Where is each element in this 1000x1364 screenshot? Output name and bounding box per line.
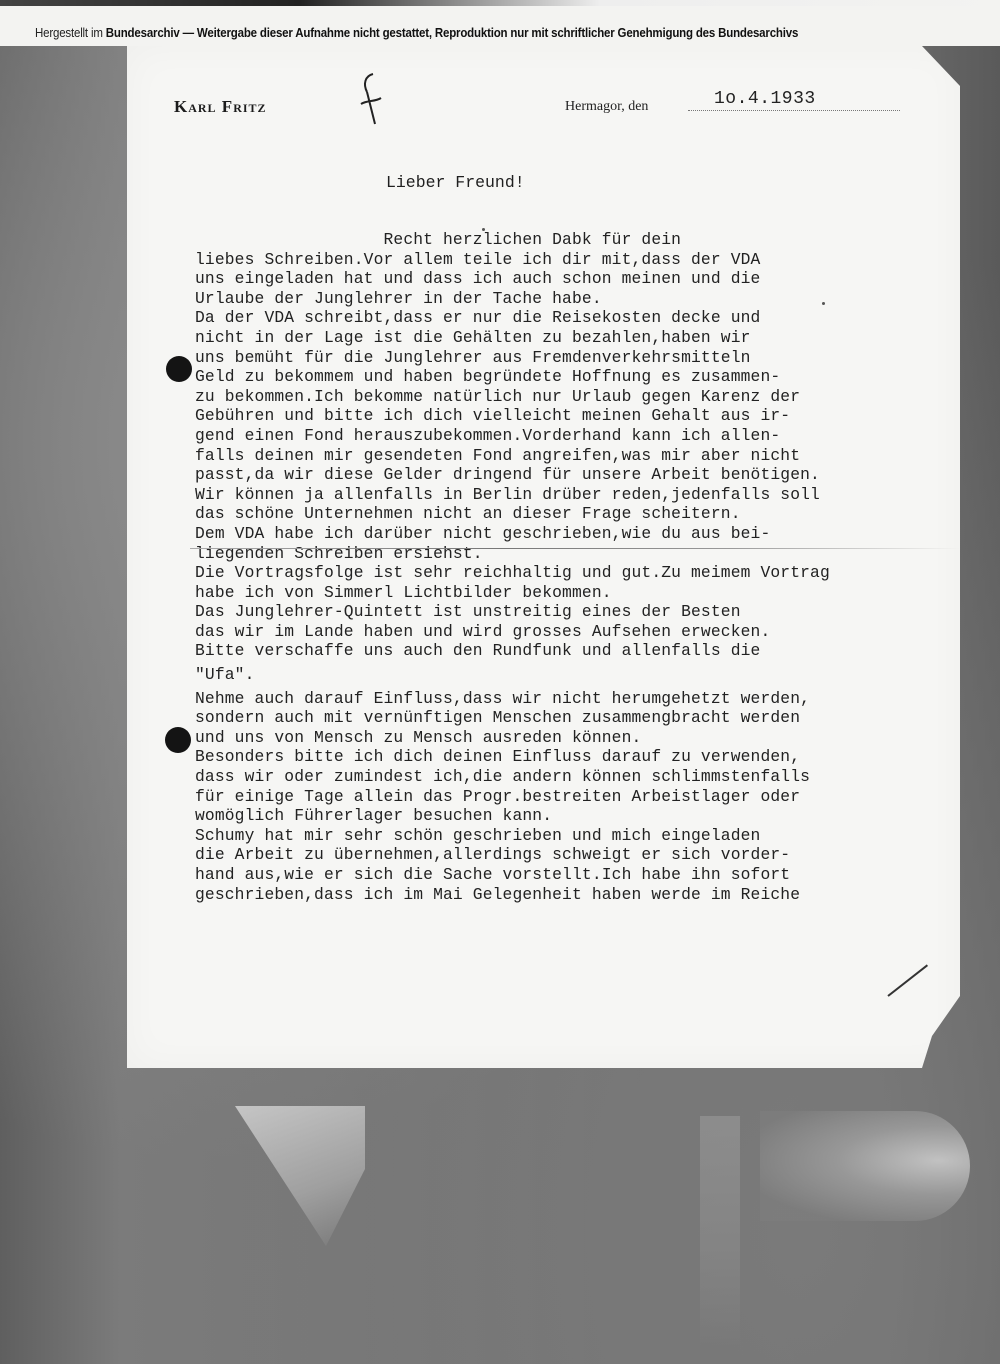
letter-line: uns eingeladen hat und dass ich auch sch… <box>195 269 965 289</box>
letter-line: und uns von Mensch zu Mensch ausreden kö… <box>195 728 965 748</box>
archive-header-strip: Hergestellt im Bundesarchiv — Weitergabe… <box>0 0 1000 46</box>
letter-line: Da der VDA schreibt,dass er nur die Reis… <box>195 308 965 328</box>
letter-line: Urlaube der Junglehrer in der Tache habe… <box>195 289 965 309</box>
letter-line: Dem VDA habe ich darüber nicht geschrieb… <box>195 524 965 544</box>
letter-line: "Ufa". <box>195 665 965 685</box>
handwritten-mark-icon <box>355 70 385 128</box>
letter-line: Wir können ja allenfalls in Berlin drübe… <box>195 485 965 505</box>
letter-line: Recht herzlichen Dabk für dein <box>195 230 965 250</box>
letter-line: die Arbeit zu übernehmen,allerdings schw… <box>195 845 965 865</box>
letter-date: 1o.4.1933 <box>714 89 816 109</box>
letter-greeting: Lieber Freund! <box>386 173 525 192</box>
letter-line: Bitte verschaffe uns auch den Rundfunk u… <box>195 641 965 661</box>
letter-line: habe ich von Simmerl Lichtbilder bekomme… <box>195 583 965 603</box>
background-light-streak <box>235 1106 365 1246</box>
date-dotted-line <box>688 110 900 111</box>
punch-hole <box>166 356 192 382</box>
letterhead-name: Karl Fritz <box>174 97 267 117</box>
background-vertical-streak <box>700 1116 740 1346</box>
background-lamp-shape <box>760 1111 970 1221</box>
letter-line: das schöne Unternehmen nicht an dieser F… <box>195 504 965 524</box>
letter-line: Geld zu bekommem und haben begründete Ho… <box>195 367 965 387</box>
letter-line: sondern auch mit vernünftigen Menschen z… <box>195 708 965 728</box>
letter-line: dass wir oder zumindest ich,die andern k… <box>195 767 965 787</box>
letter-line: uns bemüht für die Junglehrer aus Fremde… <box>195 348 965 368</box>
letter-line: zu bekommen.Ich bekomme natürlich nur Ur… <box>195 387 965 407</box>
letter-line: Gebühren und bitte ich dich vielleicht m… <box>195 406 965 426</box>
archive-notice: Hergestellt im Bundesarchiv — Weitergabe… <box>35 26 798 40</box>
letter-line: geschrieben,dass ich im Mai Gelegenheit … <box>195 885 965 905</box>
strike-line <box>190 548 960 549</box>
letter-line: das wir im Lande haben und wird grosses … <box>195 622 965 642</box>
letter-line: Die Vortragsfolge ist sehr reichhaltig u… <box>195 563 965 583</box>
archive-notice-part2: Bundesarchiv — Weitergabe dieser Aufnahm… <box>106 26 798 40</box>
place-label: Hermagor, den <box>565 99 648 115</box>
archive-notice-part1: Hergestellt im <box>35 26 103 40</box>
letter-line: gend einen Fond herauszubekommen.Vorderh… <box>195 426 965 446</box>
letter-line: falls deinen mir gesendeten Fond angreif… <box>195 446 965 466</box>
letter-line: liebes Schreiben.Vor allem teile ich dir… <box>195 250 965 270</box>
letter-line: hand aus,wie er sich die Sache vorstellt… <box>195 865 965 885</box>
letter-line: liegenden Schreiben ersiehst. <box>195 544 965 564</box>
letter-line: Nehme auch darauf Einfluss,dass wir nich… <box>195 689 965 709</box>
letter-body: Recht herzlichen Dabk für deinliebes Sch… <box>195 230 965 904</box>
letter-line: Schumy hat mir sehr schön geschrieben un… <box>195 826 965 846</box>
letter-line: Besonders bitte ich dich deinen Einfluss… <box>195 747 965 767</box>
punch-hole <box>165 727 191 753</box>
letter-line: Das Junglehrer-Quintett ist unstreitig e… <box>195 602 965 622</box>
letter-line: für einige Tage allein das Progr.bestrei… <box>195 787 965 807</box>
letter-line: passt,da wir diese Gelder dringend für u… <box>195 465 965 485</box>
letter-line: womöglich Führerlager besuchen kann. <box>195 806 965 826</box>
letter-line: nicht in der Lage ist die Gehälten zu be… <box>195 328 965 348</box>
